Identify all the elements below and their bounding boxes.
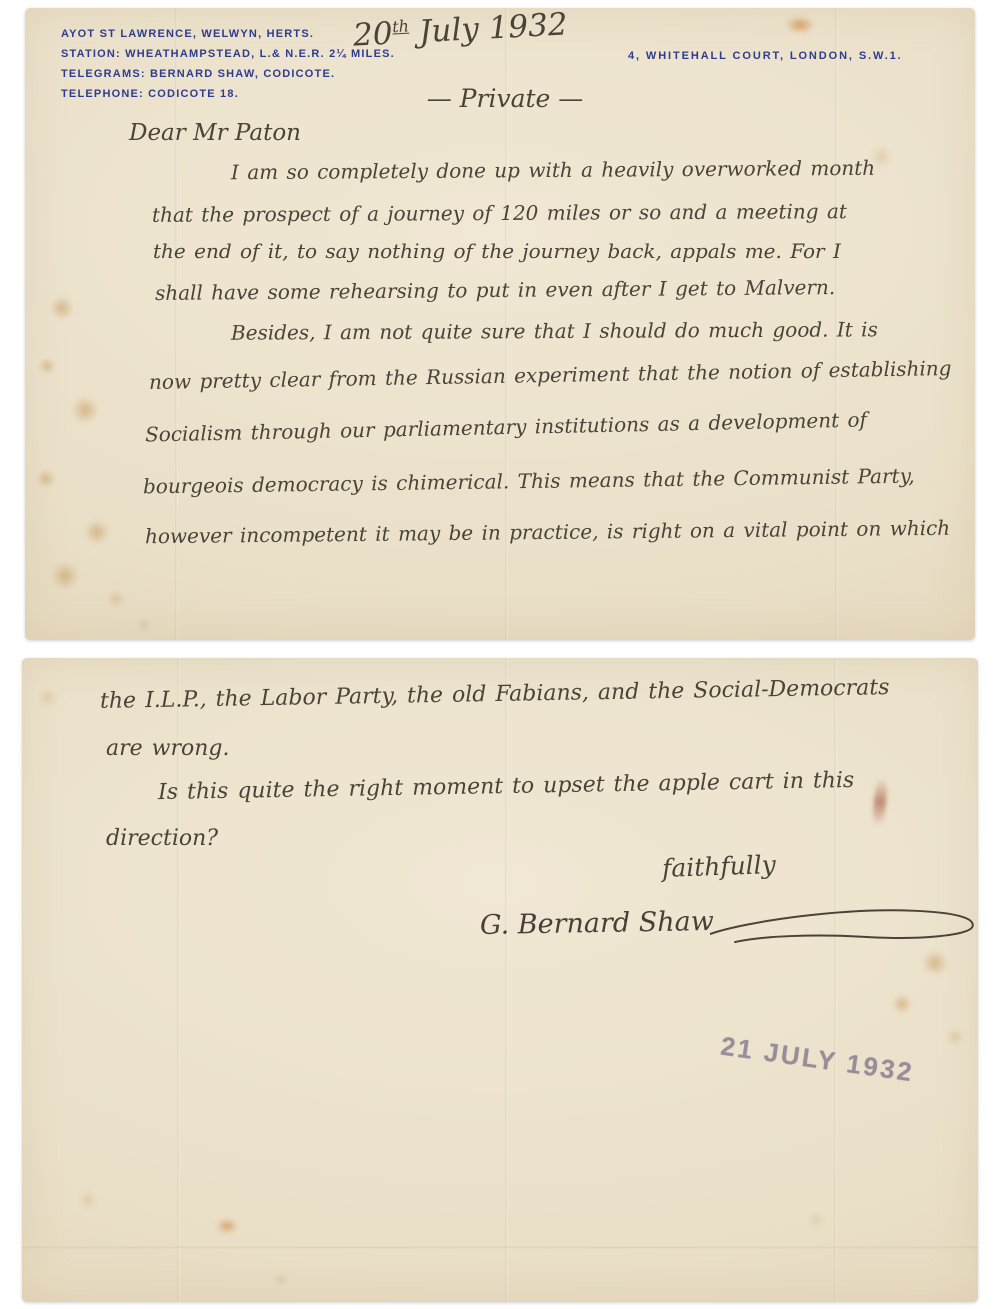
foxing-spot [870,146,892,168]
body-line: however incompetent it may be in practic… [145,516,950,548]
letterhead-address: AYOT ST LAWRENCE, WELWYN, HERTS. STATION… [61,24,395,104]
letter-page-1: AYOT ST LAWRENCE, WELWYN, HERTS. STATION… [25,8,975,640]
foxing-spot [216,1218,238,1234]
date-day: 20 [352,16,393,54]
foxing-spot [51,562,79,590]
fold-crease [22,1246,978,1249]
body-line: shall have some rehearsing to put in eve… [155,275,835,305]
body-line: that the prospect of a journey of 120 mi… [152,199,847,227]
foxing-spot [80,1192,96,1208]
foxing-spot [37,470,55,488]
foxing-spot [272,1274,290,1286]
valediction: faithfully [662,850,777,883]
foxing-spot [85,520,109,544]
foxing-spot [892,994,912,1014]
body-line: direction? [106,826,218,851]
received-date-stamp: 21 JULY 1932 [719,1031,916,1089]
handwritten-date: 20th July 1932 [352,6,568,53]
signature-flourish [710,902,978,950]
body-line: I am so completely done up with a heavil… [231,156,875,184]
foxing-spot [785,16,815,34]
body-line: the I.L.P., the Labor Party, the old Fab… [100,675,890,714]
letterhead-line: TELEGRAMS: BERNARD SHAW, CODICOTE. [61,64,395,84]
foxing-spot [137,618,151,632]
foxing-spot [50,296,74,320]
letterhead-london-address: 4, WHITEHALL COURT, LONDON, S.W.1. [628,50,903,62]
scanned-letter: AYOT ST LAWRENCE, WELWYN, HERTS. STATION… [0,0,1000,1309]
foxing-spot [107,590,125,608]
letterhead-line: AYOT ST LAWRENCE, WELWYN, HERTS. [61,24,395,44]
fold-crease [505,658,508,1302]
foxing-spot [922,950,948,976]
date-suffix: th [392,16,410,36]
foxing-spot [38,688,58,708]
foxing-spot [71,396,99,424]
body-line: bourgeois democracy is chimerical. This … [143,464,915,499]
body-line: the end of it, to say nothing of the jou… [153,239,841,263]
salutation: Dear Mr Paton [129,120,301,146]
signature-block: G. Bernard Shaw [480,896,978,950]
date-rest: July 1932 [418,6,568,50]
body-line: now pretty clear from the Russian experi… [149,356,952,394]
fold-crease [834,658,837,1302]
private-marking: — Private — [365,84,645,113]
foxing-spot [808,1212,824,1228]
body-line: are wrong. [106,736,229,761]
foxing-spot [872,778,889,827]
foxing-spot [946,1028,964,1046]
letterhead-line: STATION: WHEATHAMPSTEAD, L.& N.E.R. 2¼ M… [61,44,395,64]
body-line: Besides, I am not quite sure that I shou… [231,317,878,344]
signature-name: G. Bernard Shaw [480,905,714,940]
letterhead-line: TELEPHONE: CODICOTE 18. [61,84,395,104]
letter-page-2: the I.L.P., the Labor Party, the old Fab… [22,658,978,1302]
foxing-spot [39,358,55,374]
